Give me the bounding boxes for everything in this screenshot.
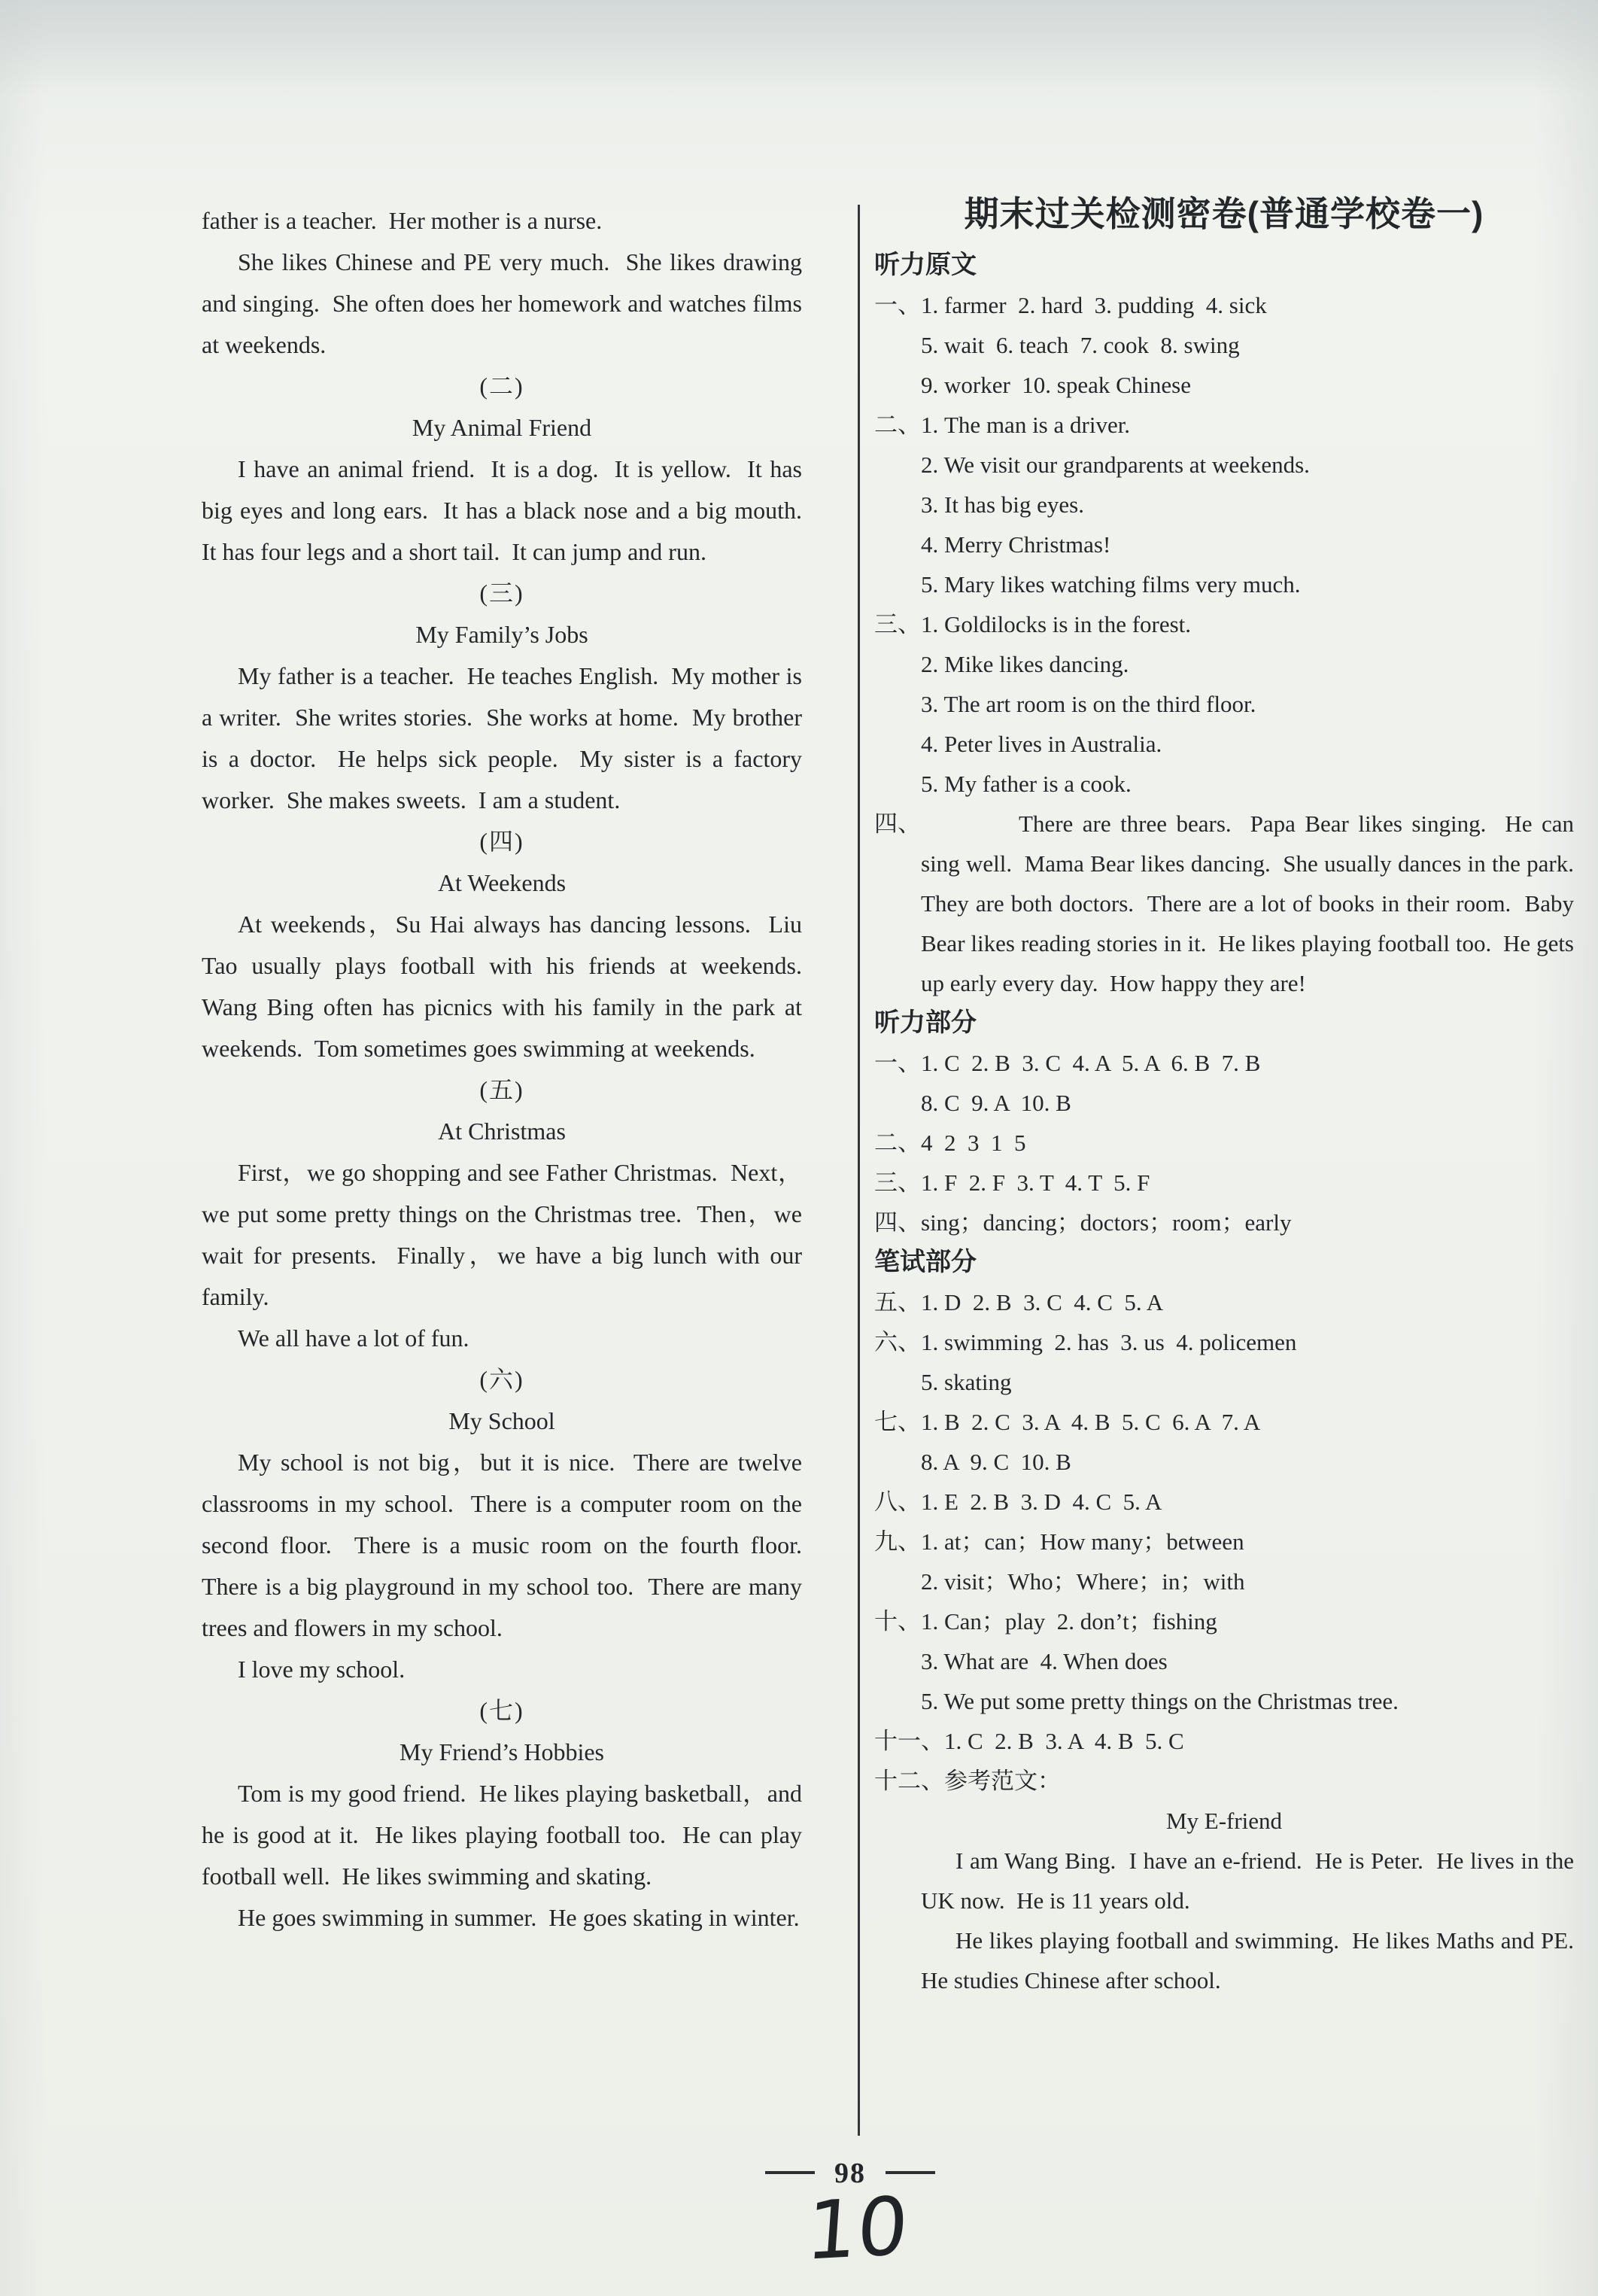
passage-title: My Animal Friend — [202, 407, 802, 449]
answer-line: 三、1. Goldilocks is in the forest. — [874, 604, 1574, 644]
answer-line: 5. wait 6. teach 7. cook 8. swing — [874, 325, 1574, 365]
paragraph: I am Wang Bing. I have an e-friend. He i… — [921, 1841, 1574, 1920]
answer-line: 九、1. at；can；How many；between — [874, 1522, 1574, 1562]
answer-item: 七、1. B 2. C 3. A 4. B 5. C 6. A 7. A8. A… — [874, 1402, 1574, 1482]
answer-item: 八、1. E 2. B 3. D 4. C 5. A — [874, 1482, 1574, 1522]
answer-line: 五、1. D 2. B 3. C 4. C 5. A — [874, 1282, 1574, 1322]
answer-line: 8. C 9. A 10. B — [874, 1083, 1574, 1123]
answer-item: 五、1. D 2. B 3. C 4. C 5. A — [874, 1282, 1574, 1322]
answer-item: 九、1. at；can；How many；between2. visit；Who… — [874, 1522, 1574, 1601]
right-column-answer-key: 期末过关检测密卷(普通学校卷一) 听力原文一、1. farmer 2. hard… — [874, 190, 1574, 2000]
footer-dash-right — [886, 2171, 935, 2174]
paragraph: She likes Chinese and PE very much. She … — [202, 242, 802, 366]
scan-artifact-band — [0, 0, 1598, 98]
answer-line: 六、1. swimming 2. has 3. us 4. policemen — [874, 1322, 1574, 1362]
handwritten-note: 10 — [804, 2188, 911, 2270]
section-label: 一、 — [874, 1050, 921, 1076]
listening-passage-item: 四、There are three bears. Papa Bear likes… — [874, 804, 1574, 1003]
section-label: 八、 — [874, 1489, 921, 1515]
passage-number-label: (六) — [202, 1359, 802, 1400]
answer-key-title: 期末过关检测密卷(普通学校卷一) — [874, 190, 1574, 238]
answer-item: 十二、参考范文： — [874, 1761, 1574, 1801]
answer-line: 3. The art room is on the third floor. — [874, 684, 1574, 724]
paragraph: We all have a lot of fun. — [202, 1318, 802, 1359]
passage-title: My School — [202, 1400, 802, 1442]
answer-item: 二、1. The man is a driver.2. We visit our… — [874, 405, 1574, 604]
section-label: 二、 — [874, 412, 921, 438]
footer-dash-left — [765, 2171, 815, 2174]
answer-line: 七、1. B 2. C 3. A 4. B 5. C 6. A 7. A — [874, 1402, 1574, 1442]
paragraph: Tom is my good friend. He likes playing … — [202, 1773, 802, 1897]
answer-line: 三、1. F 2. F 3. T 4. T 5. F — [874, 1163, 1574, 1203]
section-label: 十二、 — [874, 1768, 944, 1794]
passage-number-label: (三) — [202, 573, 802, 614]
answer-line: 3. It has big eyes. — [874, 485, 1574, 525]
essay-title: My E-friend — [874, 1801, 1574, 1841]
answer-item: 一、1. farmer 2. hard 3. pudding 4. sick5.… — [874, 285, 1574, 405]
passage-title: At Christmas — [202, 1111, 802, 1152]
answer-line: 9. worker 10. speak Chinese — [874, 365, 1574, 405]
answer-line: 4. Peter lives in Australia. — [874, 724, 1574, 764]
answer-item: 六、1. swimming 2. has 3. us 4. policemen5… — [874, 1322, 1574, 1402]
paragraph: I love my school. — [202, 1649, 802, 1690]
section-header: 听力原文 — [874, 245, 1574, 285]
paragraph: My school is not big，but it is nice. The… — [202, 1442, 802, 1649]
answer-line: 2. Mike likes dancing. — [874, 644, 1574, 684]
answer-line: 八、1. E 2. B 3. D 4. C 5. A — [874, 1482, 1574, 1522]
passage-title: My Friend’s Hobbies — [202, 1732, 802, 1773]
section-label: 三、 — [874, 1169, 921, 1196]
answer-item: 四、sing；dancing；doctors；room；early — [874, 1203, 1574, 1242]
answer-line: 十、1. Can；play 2. don’t；fishing — [874, 1601, 1574, 1641]
continuation-line: father is a teacher. Her mother is a nur… — [202, 200, 802, 242]
section-label: 五、 — [874, 1289, 921, 1315]
section-label: 七、 — [874, 1409, 921, 1435]
answer-line: 二、4 2 3 1 5 — [874, 1123, 1574, 1163]
answer-line: 2. We visit our grandparents at weekends… — [874, 445, 1574, 485]
answer-line: 5. skating — [874, 1362, 1574, 1402]
answer-line: 2. visit；Who；Where；in；with — [874, 1562, 1574, 1601]
answer-line: 5. Mary likes watching films very much. — [874, 564, 1574, 604]
passage-number-label: (七) — [202, 1690, 802, 1732]
paragraph: My father is a teacher. He teaches Engli… — [202, 655, 802, 821]
section-label: 四、 — [874, 804, 921, 844]
paragraph: At weekends，Su Hai always has dancing le… — [202, 904, 802, 1069]
right-column-content: 听力原文一、1. farmer 2. hard 3. pudding 4. si… — [874, 245, 1574, 2000]
answer-item: 十、1. Can；play 2. don’t；fishing3. What ar… — [874, 1601, 1574, 1721]
answer-line: 8. A 9. C 10. B — [874, 1442, 1574, 1482]
section-label: 十一、 — [874, 1728, 944, 1754]
section-label: 十、 — [874, 1608, 921, 1635]
answer-line: 3. What are 4. When does — [874, 1641, 1574, 1681]
passage-title: My Family’s Jobs — [202, 614, 802, 655]
listening-passage-text: There are three bears. Papa Bear likes s… — [921, 804, 1574, 1003]
answer-line: 十二、参考范文： — [874, 1761, 1574, 1801]
left-column-listening-scripts: father is a teacher. Her mother is a nur… — [202, 200, 802, 1939]
passage-number-label: (二) — [202, 366, 802, 407]
section-header: 听力部分 — [874, 1003, 1574, 1043]
section-label: 四、 — [874, 1209, 921, 1236]
passage-number-label: (四) — [202, 821, 802, 862]
answer-item: 一、1. C 2. B 3. C 4. A 5. A 6. B 7. B8. C… — [874, 1043, 1574, 1123]
answer-line: 四、sing；dancing；doctors；room；early — [874, 1203, 1574, 1242]
answer-line: 5. My father is a cook. — [874, 764, 1574, 804]
paragraph: He likes playing football and swimming. … — [921, 1920, 1574, 2000]
section-label: 九、 — [874, 1528, 921, 1555]
answer-line: 十一、1. C 2. B 3. A 4. B 5. C — [874, 1721, 1574, 1761]
section-label: 二、 — [874, 1130, 921, 1156]
answer-item: 十一、1. C 2. B 3. A 4. B 5. C — [874, 1721, 1574, 1761]
answer-item: 三、1. F 2. F 3. T 4. T 5. F — [874, 1163, 1574, 1203]
answer-item: 三、1. Goldilocks is in the forest.2. Mike… — [874, 604, 1574, 804]
column-divider — [858, 205, 860, 2136]
paragraph: He goes swimming in summer. He goes skat… — [202, 1897, 802, 1939]
answer-line: 一、1. farmer 2. hard 3. pudding 4. sick — [874, 285, 1574, 325]
paragraph: First，we go shopping and see Father Chri… — [202, 1152, 802, 1318]
answer-line: 一、1. C 2. B 3. C 4. A 5. A 6. B 7. B — [874, 1043, 1574, 1083]
answer-line: 5. We put some pretty things on the Chri… — [874, 1681, 1574, 1721]
paragraph: I have an animal friend. It is a dog. It… — [202, 449, 802, 573]
answer-line: 4. Merry Christmas! — [874, 525, 1574, 564]
answer-item: 二、4 2 3 1 5 — [874, 1123, 1574, 1163]
section-label: 六、 — [874, 1329, 921, 1355]
passage-title: At Weekends — [202, 862, 802, 904]
passage-number-label: (五) — [202, 1069, 802, 1111]
section-header: 笔试部分 — [874, 1242, 1574, 1282]
answer-line: 二、1. The man is a driver. — [874, 405, 1574, 445]
section-label: 三、 — [874, 611, 921, 637]
scanned-answer-page: father is a teacher. Her mother is a nur… — [0, 0, 1598, 2296]
section-label: 一、 — [874, 292, 921, 318]
